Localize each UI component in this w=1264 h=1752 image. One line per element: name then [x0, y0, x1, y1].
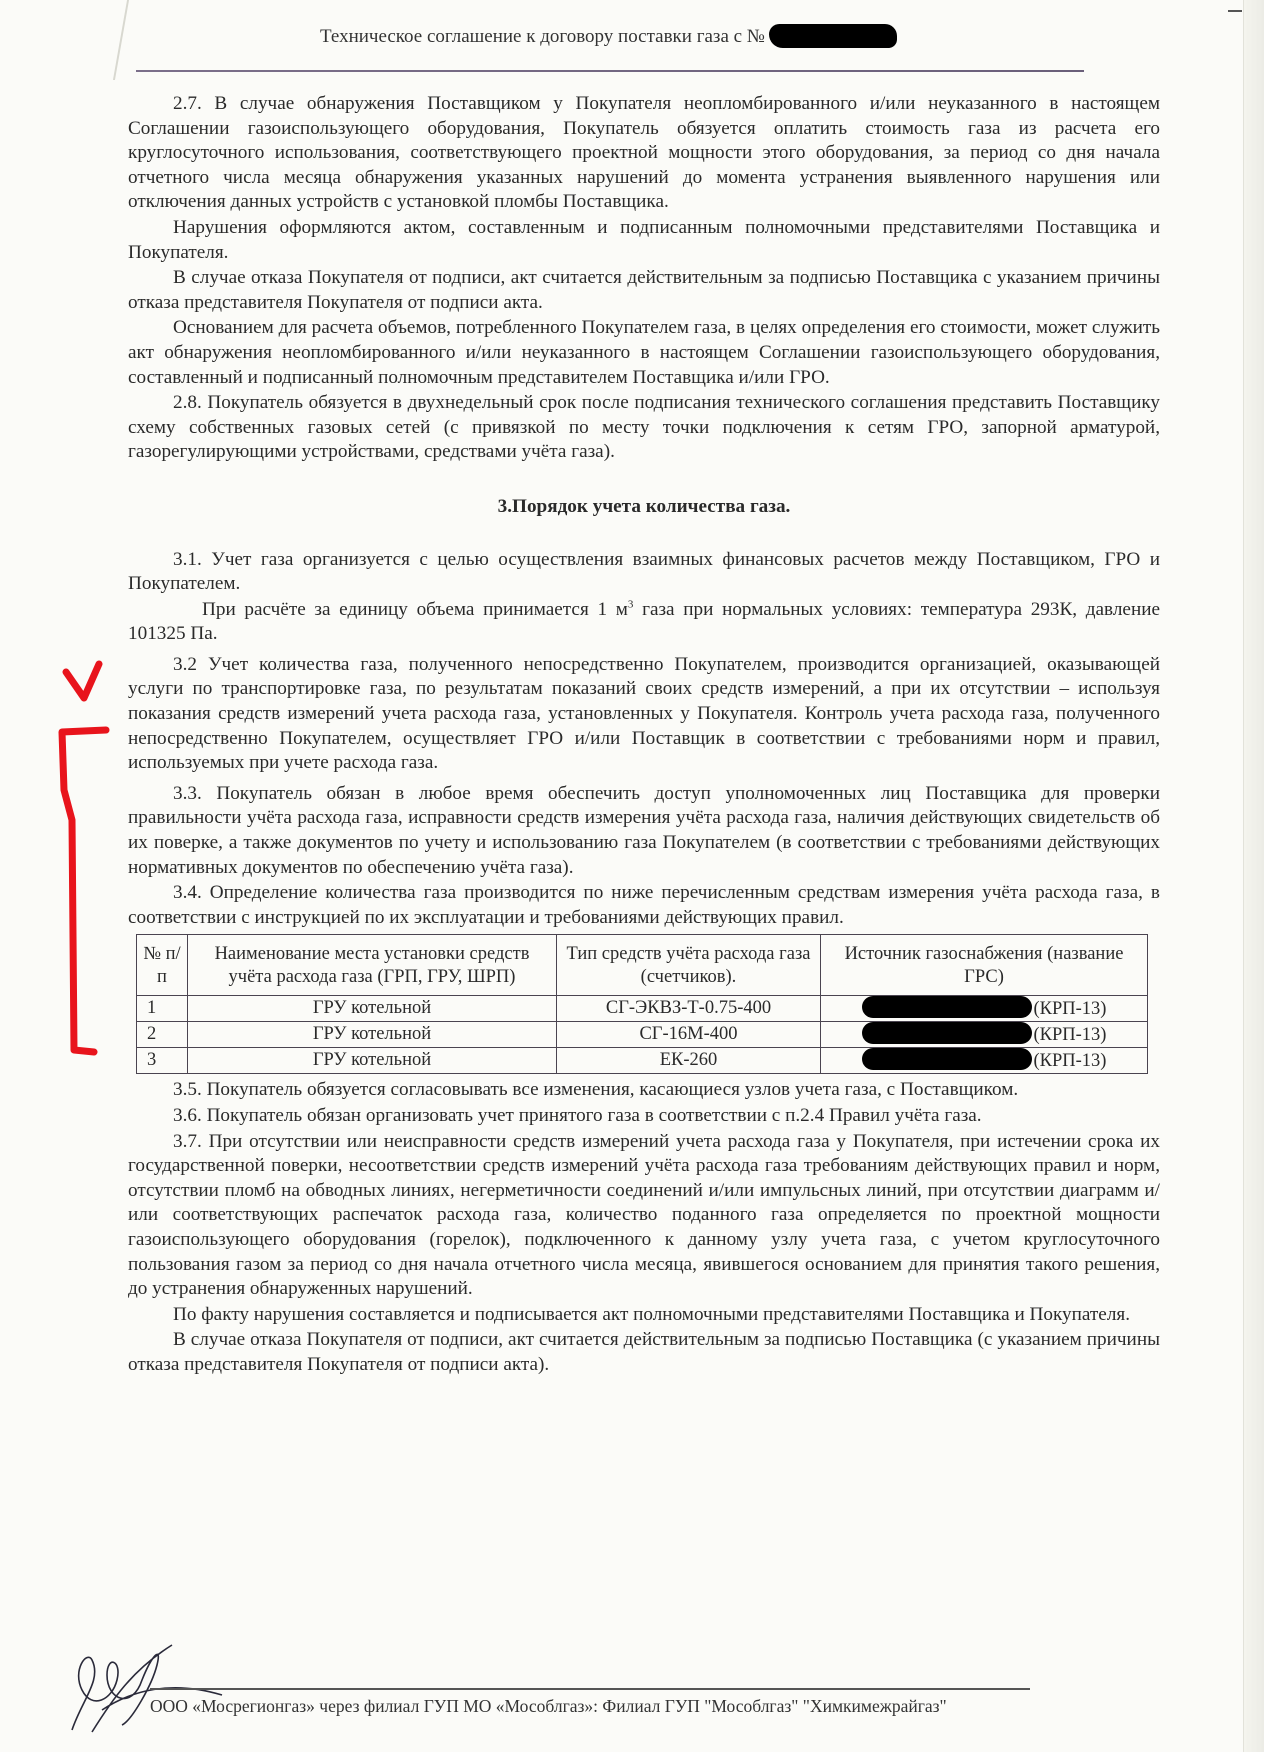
paragraph-3-7-refusal: В случае отказа Покупателя от подписи, а… — [128, 1328, 1160, 1377]
signature — [62, 1640, 252, 1740]
source-suffix: (КРП-13) — [1034, 999, 1107, 1019]
paragraph-3-5: 3.5. Покупатель обязуется согласовывать … — [128, 1078, 1160, 1103]
source-suffix: (КРП-13) — [1034, 1051, 1107, 1071]
paragraph-3-3: 3.3. Покупатель обязан в любое время обе… — [128, 782, 1160, 880]
meters-table: № п/ п Наименование места установки сред… — [136, 934, 1148, 1074]
paper-fold — [113, 0, 129, 80]
checkmark-icon — [66, 664, 99, 698]
header-place: Наименование места установки средств учё… — [188, 935, 557, 996]
header-rule — [136, 70, 1084, 72]
paragraph-3-4: 3.4. Определение количества газа произво… — [128, 881, 1160, 930]
table-header-row: № п/ п Наименование места установки сред… — [137, 935, 1148, 996]
row-number: 3 — [137, 1048, 188, 1074]
row-gas-source: (КРП-13) — [821, 996, 1148, 1022]
paragraph-3-2: 3.2 Учет количества газа, полученного не… — [128, 653, 1160, 776]
redaction-source-name — [862, 1022, 1032, 1044]
paragraph-3-6: 3.6. Покупатель обязан организовать учет… — [128, 1104, 1160, 1129]
row-gas-source: (КРП-13) — [821, 1022, 1148, 1048]
paragraph-3-1: 3.1. Учет газа организуется с целью осущ… — [128, 548, 1160, 597]
header-meter-type: Тип средств учёта расхода газа (счетчико… — [557, 935, 821, 996]
redaction-source-name — [862, 1048, 1032, 1070]
row-meter-type: ЕК-260 — [557, 1048, 821, 1074]
redaction-source-name — [862, 996, 1032, 1018]
table-row: 2 ГРУ котельной СГ-16М-400 (КРП-13) — [137, 1022, 1148, 1048]
header-title: Техническое соглашение к договору постав… — [320, 26, 765, 47]
section-3-title: 3.Порядок учета количества газа. — [128, 495, 1160, 520]
header-gas-source: Источник газоснабжения (название ГРС) — [821, 935, 1148, 996]
row-meter-type: СГ-ЭКВЗ-Т-0.75-400 — [557, 996, 821, 1022]
row-number: 2 — [137, 1022, 188, 1048]
bracket-icon — [62, 730, 106, 1052]
red-bracket-annotation — [44, 660, 144, 1060]
document-body: 2.7. В случае обнаружения Поставщиком у … — [128, 92, 1160, 1378]
paragraph-refusal: В случае отказа Покупателя от подписи, а… — [128, 266, 1160, 315]
row-place: ГРУ котельной — [188, 996, 557, 1022]
table-row: 1 ГРУ котельной СГ-ЭКВЗ-Т-0.75-400 (КРП-… — [137, 996, 1148, 1022]
paragraph-violations-act: Нарушения оформляются актом, составленны… — [128, 216, 1160, 265]
row-place: ГРУ котельной — [188, 1022, 557, 1048]
row-gas-source: (КРП-13) — [821, 1048, 1148, 1074]
paragraph-2-7: 2.7. В случае обнаружения Поставщиком у … — [128, 92, 1160, 215]
paragraph-3-7-act: По факту нарушения составляется и подпис… — [128, 1303, 1160, 1328]
paragraph-basis: Основанием для расчета объемов, потребле… — [128, 316, 1160, 390]
header-number: № п/ п — [137, 935, 188, 996]
table-row: 3 ГРУ котельной ЕК-260 (КРП-13) — [137, 1048, 1148, 1074]
row-number: 1 — [137, 996, 188, 1022]
row-meter-type: СГ-16М-400 — [557, 1022, 821, 1048]
units-text-a: При расчёте за единицу объема принимаетс… — [202, 599, 628, 620]
paragraph-3-1-units: При расчёте за единицу объема принимаетс… — [128, 598, 1160, 647]
scan-mark — [1228, 10, 1242, 12]
paragraph-3-7: 3.7. При отсутствии или неисправности ср… — [128, 1130, 1160, 1302]
row-place: ГРУ котельной — [188, 1048, 557, 1074]
signatory-organization: ООО «Мосрегионгаз» через филиал ГУП МО «… — [150, 1696, 947, 1717]
paragraph-2-8: 2.8. Покупатель обязуется в двухнедельны… — [128, 391, 1160, 465]
signature-line — [150, 1688, 1030, 1690]
redaction-contract-number — [769, 24, 897, 48]
document-header: Техническое соглашение к договору постав… — [320, 24, 897, 48]
source-suffix: (КРП-13) — [1034, 1025, 1107, 1045]
page-edge — [1243, 0, 1264, 1752]
